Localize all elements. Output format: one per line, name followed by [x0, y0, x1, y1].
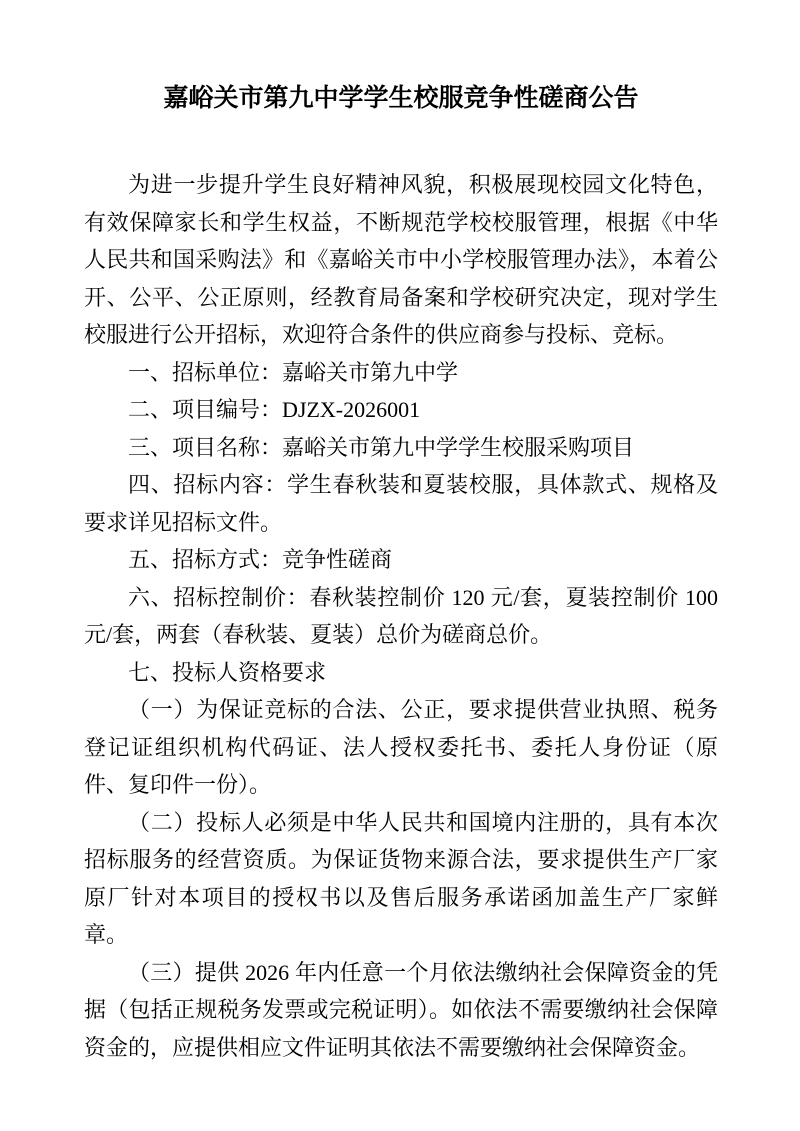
document-body: 为进一步提升学生良好精神风貌，积极展现校园文化特色，有效保障家长和学生权益，不断… — [84, 166, 718, 1066]
paragraph-9: （一）为保证竞标的合法、公正，要求提供营业执照、税务登记证组织机构代码证、法人授… — [84, 691, 718, 804]
paragraph-5: 四、招标内容：学生春秋装和夏装校服，具体款式、规格及要求详见招标文件。 — [84, 466, 718, 541]
paragraph-3: 二、项目编号：DJZX-2026001 — [84, 391, 718, 429]
paragraph-6: 五、招标方式：竞争性磋商 — [84, 541, 718, 579]
paragraph-10: （二）投标人必须是中华人民共和国境内注册的，具有本次招标服务的经营资质。为保证货… — [84, 804, 718, 954]
paragraph-4: 三、项目名称：嘉峪关市第九中学学生校服采购项目 — [84, 429, 718, 467]
paragraph-2: 一、招标单位：嘉峪关市第九中学 — [84, 354, 718, 392]
paragraph-7: 六、招标控制价：春秋装控制价 120 元/套，夏装控制价 100 元/套，两套（… — [84, 579, 718, 654]
paragraph-8: 七、投标人资格要求 — [84, 654, 718, 692]
paragraph-11: （三）提供 2026 年内任意一个月依法缴纳社会保障资金的凭据（包括正规税务发票… — [84, 954, 718, 1067]
paragraph-1: 为进一步提升学生良好精神风貌，积极展现校园文化特色，有效保障家长和学生权益，不断… — [84, 166, 718, 354]
document-page: 嘉峪关市第九中学学生校服竞争性磋商公告 为进一步提升学生良好精神风貌，积极展现校… — [0, 0, 800, 1131]
document-title: 嘉峪关市第九中学学生校服竞争性磋商公告 — [84, 84, 718, 114]
document-content: 嘉峪关市第九中学学生校服竞争性磋商公告 为进一步提升学生良好精神风貌，积极展现校… — [0, 0, 800, 1066]
